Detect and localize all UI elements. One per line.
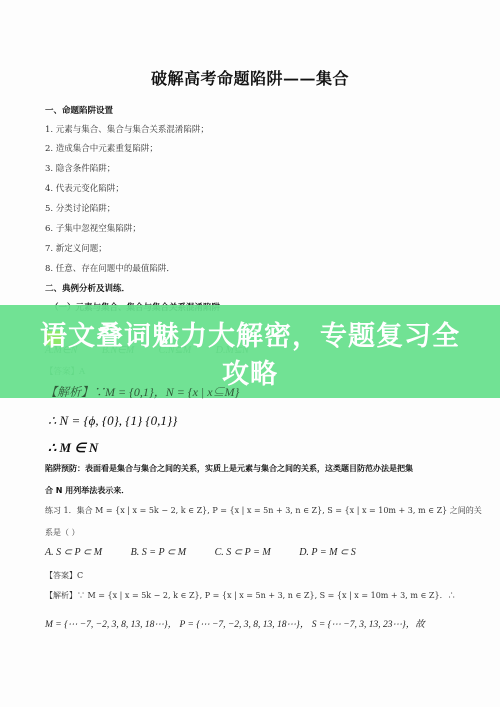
exercise-answer: 【答案】C (45, 570, 83, 581)
banner-headline: 语文叠词魅力大解密，专题复习全攻略 (30, 318, 470, 394)
document-page: 破解高考命题陷阱——集合 一、命题陷阱设置 1. 元素与集合、集合与集合关系混淆… (0, 0, 500, 707)
document-title: 破解高考命题陷阱——集合 (0, 66, 500, 89)
list-item: 3. 隐含条件陷阱； (45, 162, 115, 174)
exercise-analysis: 【解析】∵ M = {x | x = 5k − 2, k ∈ Z}, P = {… (45, 590, 456, 601)
solution-step-2: ∴ M ∈ N (48, 440, 98, 456)
list-item: 5. 分类讨论陷阱； (45, 202, 115, 214)
exercise-sets: M = {⋯ −7, −2, 3, 8, 13, 18⋯}， P = {⋯ −7… (45, 616, 425, 630)
option-d: D. P = M ⊂ S (299, 547, 356, 558)
option-b: B. S = P ⊂ M (131, 547, 187, 558)
option-c: C. S ⊂ P = M (215, 547, 271, 558)
exercise-question-cont: 系是（ ） (45, 527, 80, 538)
section-heading: 一、命题陷阱设置 (45, 104, 113, 116)
list-item: 4. 代表元变化陷阱； (45, 182, 124, 194)
section-heading: 二、典例分析及训练． (45, 282, 130, 294)
option-a: A. S ⊂ P ⊂ M (45, 547, 102, 558)
list-item: 1. 元素与集合、集合与集合关系混淆陷阱； (45, 123, 209, 135)
exercise-options: A. S ⊂ P ⊂ M B. S = P ⊂ M C. S ⊂ P = M D… (45, 547, 378, 558)
list-item: 6. 子集中忽视空集陷阱； (45, 222, 141, 234)
trap-prevention: 陷阱预防：表面看是集合与集合之间的关系，实质上是元素与集合之间的关系，这类题目防… (45, 463, 413, 474)
solution-step-1: ∴ N = {ϕ, {0}, {1} {0,1}} (48, 413, 177, 429)
list-item: 2. 造成集合中元素重复陷阱； (45, 142, 158, 154)
list-item: 8. 任意、存在问题中的最值陷阱． (45, 262, 175, 274)
exercise-question: 练习 1．集合 M = {x | x = 5k − 2, k ∈ Z}, P =… (45, 505, 482, 516)
list-item: 7. 新定义问题； (45, 242, 107, 254)
trap-prevention-cont: 合 N 用列举法表示来． (45, 485, 129, 496)
